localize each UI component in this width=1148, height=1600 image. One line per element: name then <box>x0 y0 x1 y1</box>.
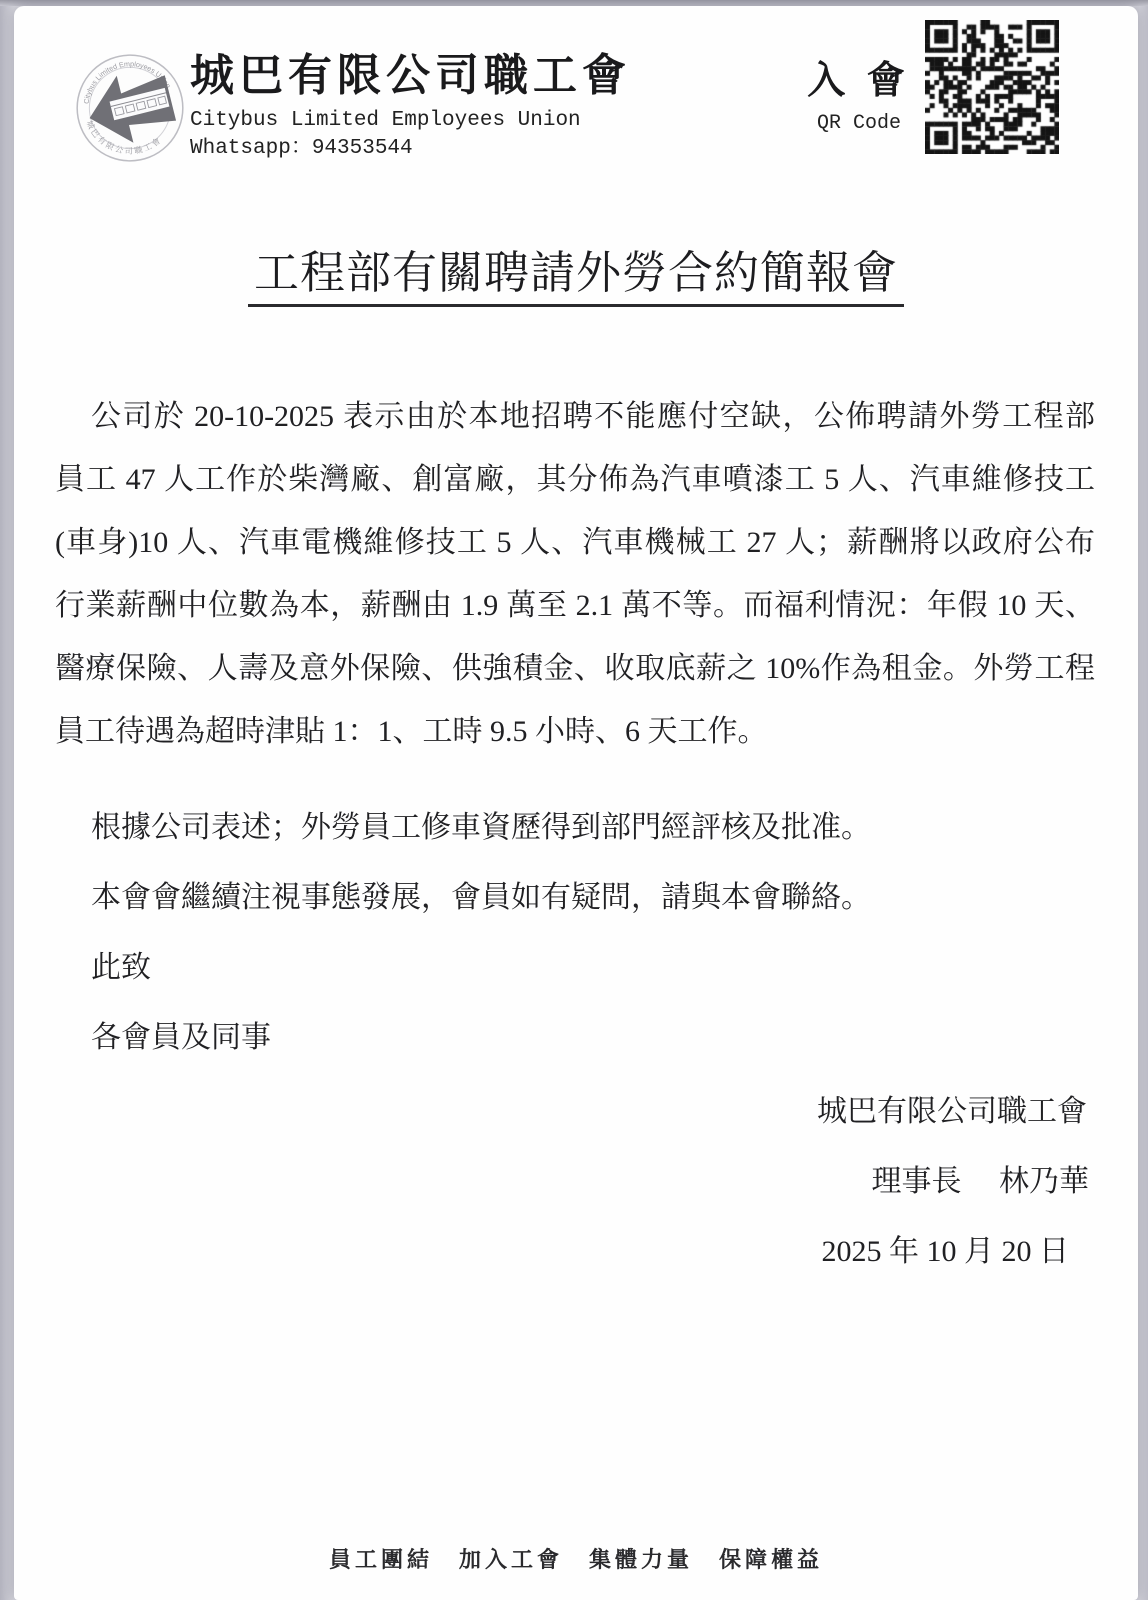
signature-date: 2025 年 10 月 20 日 <box>55 1217 1095 1287</box>
document-title: 工程部有關聘請外勞合約簡報會 <box>248 248 904 307</box>
body-line: 醫療保險、人壽及意外保險、供強積金、收取底薪之 10%作為租金。外勞工程 <box>55 637 1095 700</box>
photo-background: Citybus Limited Employees Union 城 巴 有 限 … <box>0 0 1148 1600</box>
body-line: 行業薪酬中位數為本，薪酬由 1.9 萬至 2.1 萬不等。而福利情況：年假 10… <box>55 574 1095 637</box>
document-page: Citybus Limited Employees Union 城 巴 有 限 … <box>14 6 1138 1600</box>
paragraph-union-followup: 本會會繼續注視事態發展，會員如有疑問，請與本會聯絡。 <box>55 863 1095 933</box>
qr-code <box>925 20 1059 154</box>
title-row: 工程部有關聘請外勞合約簡報會 <box>14 248 1138 307</box>
paragraph-company-statement: 根據公司表述；外勞員工修車資歷得到部門經評核及批准。 <box>55 793 1095 863</box>
join-union-block: 入 會 QR Code <box>804 58 914 135</box>
closing-salutation: 此致 <box>55 933 1095 1003</box>
footer-slogan: 員工團結 加入工會 集體力量 保障權益 <box>14 1543 1138 1574</box>
paragraph-announcement: 公司於 20-10-2025 表示由於本地招聘不能應付空缺，公佈聘請外勞工程部 … <box>55 385 1095 763</box>
union-logo: Citybus Limited Employees Union 城 巴 有 限 … <box>74 44 186 172</box>
letter-body: 公司於 20-10-2025 表示由於本地招聘不能應付空缺，公佈聘請外勞工程部 … <box>55 385 1095 1287</box>
org-name-chinese: 城巴有限公司職工會 <box>190 50 631 102</box>
letterhead: Citybus Limited Employees Union 城 巴 有 限 … <box>14 6 1138 176</box>
closing-addressee: 各會員及同事 <box>55 1003 1095 1073</box>
join-union-label: 入 會 <box>804 58 914 104</box>
org-identity: 城巴有限公司職工會 Citybus Limited Employees Unio… <box>190 50 631 162</box>
body-line: 員工 47 人工作於柴灣廠、創富廠，其分佈為汽車噴漆工 5 人、汽車維修技工 <box>55 448 1095 511</box>
body-line: 公司於 20-10-2025 表示由於本地招聘不能應付空缺，公佈聘請外勞工程部 <box>55 385 1095 448</box>
signature-chairman-name: 理事長 林乃華 <box>55 1147 1095 1217</box>
whatsapp-number: Whatsapp：94353544 <box>190 136 631 162</box>
body-line: (車身)10 人、汽車電機維修技工 5 人、汽車機械工 27 人；薪酬將以政府公… <box>55 511 1095 574</box>
org-name-english: Citybus Limited Employees Union <box>190 108 631 134</box>
qr-code-label: QR Code <box>804 112 914 135</box>
body-line: 員工待遇為超時津貼 1：1、工時 9.5 小時、6 天工作。 <box>55 700 1095 763</box>
signature-organization: 城巴有限公司職工會 <box>55 1077 1095 1147</box>
signature-block: 城巴有限公司職工會 理事長 林乃華 2025 年 10 月 20 日 <box>55 1077 1095 1287</box>
